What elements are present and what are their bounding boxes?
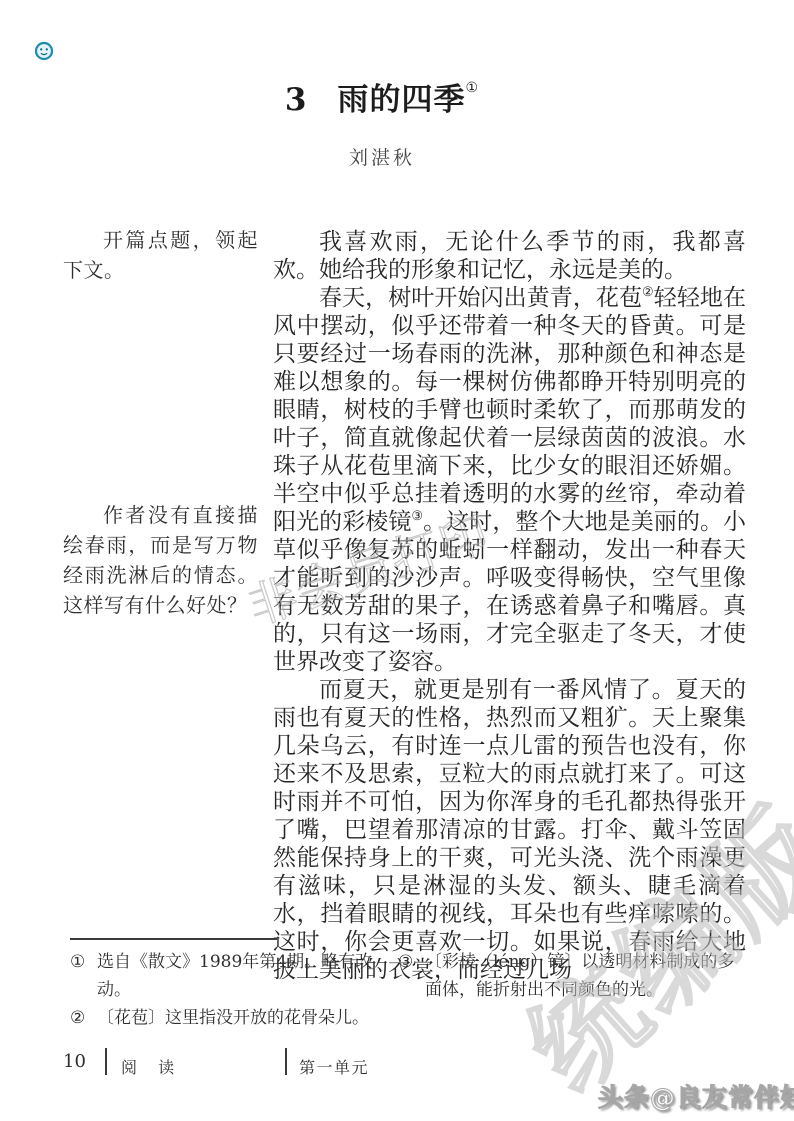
- title-footnote-ref: ①: [466, 80, 480, 96]
- footnote-text-2: 〔花苞〕这里指没开放的花骨朵儿。: [97, 1004, 394, 1032]
- footnote-marker-3: ③: [398, 948, 425, 1004]
- margin-note-question: 作者没有直接描绘春雨，而是写万物经雨洗淋后的情态。这样写有什么好处？: [63, 500, 258, 620]
- footnote-ref-2: ②: [642, 285, 654, 300]
- body-paragraph-2: 春天，树叶开始闪出黄青，花苞②轻轻地在风中摆动，似乎还带着一种冬天的昏黄。可是只…: [273, 284, 746, 676]
- footnote-column-left: ① 选自《散文》1989年第4期。略有改动。 ② 〔花苞〕这里指没开放的花骨朵儿…: [70, 948, 394, 1032]
- body-paragraph-3: 而夏天，就更是别有一番风情了。夏天的雨也有夏天的性格，热烈而又粗犷。天上聚集几朵…: [273, 676, 746, 984]
- page-number: 10: [63, 1051, 86, 1072]
- footnote-marker-2: ②: [70, 1004, 97, 1032]
- footnote-item-3: ③ 〔彩棱（léng）镜〕以透明材料制成的多面体，能折射出不同颜色的光。: [398, 948, 750, 1004]
- footer-unit-label: 第一单元: [299, 1055, 369, 1078]
- footnote-ref-3: ③: [411, 509, 423, 524]
- smiley-face-icon: [34, 41, 54, 61]
- body-paragraph-1: 我喜欢雨，无论什么季节的雨，我都喜欢。她给我的形象和记忆，永远是美的。: [273, 228, 746, 284]
- footer-divider-bar-1: [105, 1048, 107, 1075]
- footnote-text-1: 选自《散文》1989年第4期。略有改动。: [97, 948, 394, 1004]
- watermark-credit: 头条@良友常伴娃: [598, 1078, 794, 1114]
- margin-note-opening: 开篇点题，领起下文。: [63, 225, 258, 285]
- footnote-column-right: ③ 〔彩棱（léng）镜〕以透明材料制成的多面体，能折射出不同颜色的光。: [398, 948, 750, 1004]
- author-name: 刘湛秋: [0, 143, 764, 170]
- footnote-text-3: 〔彩棱（léng）镜〕以透明材料制成的多面体，能折射出不同颜色的光。: [425, 948, 750, 1004]
- footnote-item-1: ① 选自《散文》1989年第4期。略有改动。: [70, 948, 394, 1004]
- footnote-marker-1: ①: [70, 948, 97, 1004]
- body-text-column: 我喜欢雨，无论什么季节的雨，我都喜欢。她给我的形象和记忆，永远是美的。 春天，树…: [273, 228, 746, 984]
- footer-section-label: 阅 读: [121, 1055, 182, 1078]
- footer-divider-bar-2: [285, 1048, 287, 1075]
- lesson-title-text: 雨的四季: [338, 82, 466, 118]
- lesson-title: 3雨的四季①: [0, 74, 764, 119]
- footnote-divider: [70, 938, 277, 940]
- body-paragraph-2-part-a: 春天，树叶开始闪出黄青，花苞: [319, 285, 642, 311]
- body-paragraph-2-part-b: 轻轻地在风中摆动，似乎还带着一种冬天的昏黄。可是只要经过一场春雨的洗淋，那种颜色…: [273, 285, 746, 535]
- textbook-page: 3雨的四季① 刘湛秋 开篇点题，领起下文。 作者没有直接描绘春雨，而是写万物经雨…: [0, 0, 794, 1121]
- footnote-item-2: ② 〔花苞〕这里指没开放的花骨朵儿。: [70, 1004, 394, 1032]
- lesson-number: 3: [285, 82, 308, 118]
